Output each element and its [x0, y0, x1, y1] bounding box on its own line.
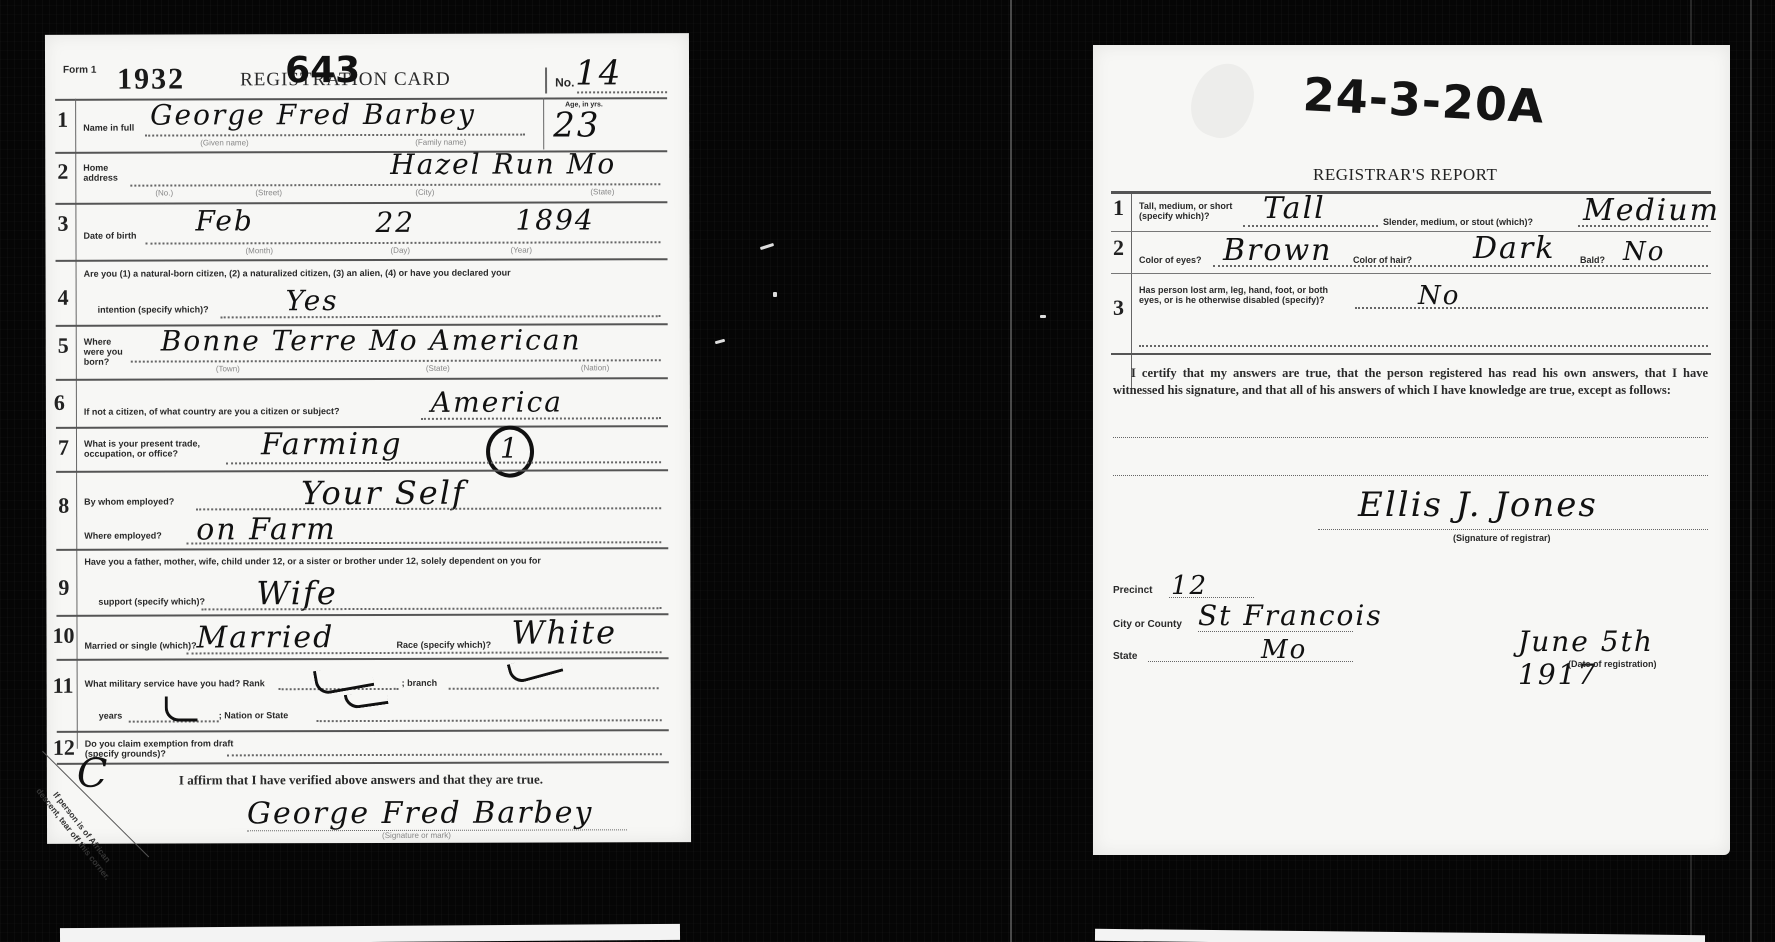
dotted-line — [226, 461, 661, 464]
hair-color-label: Color of hair? — [1353, 255, 1412, 265]
film-scratch-line — [1010, 0, 1012, 942]
caption: (Nation) — [581, 363, 609, 372]
height-value: Tall — [1263, 191, 1326, 226]
occupation-label: What is your present trade, occupation, … — [84, 438, 224, 458]
birthplace-label: Where were you born? — [84, 337, 124, 367]
report-title: REGISTRAR'S REPORT — [1313, 165, 1497, 185]
printed-serial: 1932 — [117, 62, 185, 96]
card-number: 14 — [575, 53, 622, 93]
watermark-emblem — [1182, 55, 1264, 146]
dotted-line — [221, 315, 661, 318]
field-number: 3 — [57, 211, 68, 237]
caption: (Street) — [255, 188, 282, 197]
state-label: State — [1113, 651, 1137, 663]
registrant-signature: George Fred Barbey — [247, 795, 594, 831]
citizenship-label: intention (specify which)? — [98, 304, 209, 314]
years-label: years — [99, 711, 123, 721]
rule — [56, 377, 668, 381]
city-county-value: St Francois — [1198, 599, 1383, 632]
name-label: Name in full — [83, 123, 134, 133]
citizenship-value: Yes — [286, 284, 339, 317]
field-number: 3 — [1113, 295, 1124, 321]
name-value: George Fred Barbey — [150, 98, 476, 132]
divider — [543, 98, 544, 150]
no-label: No. — [555, 75, 574, 89]
field-number: 5 — [58, 333, 69, 359]
bald-label: Bald? — [1580, 255, 1605, 265]
registrars-report-card: 24-3-20A REGISTRAR'S REPORT 1 Tall, medi… — [1093, 45, 1730, 855]
build-label: Slender, medium, or stout (which)? — [1383, 217, 1533, 227]
bald-value: No — [1623, 237, 1665, 267]
dotted-line — [1113, 475, 1708, 476]
signature-caption: (Signature or mark) — [382, 831, 451, 840]
country-label: If not a citizen, of what country are yo… — [84, 406, 340, 417]
dotted-line — [130, 183, 660, 186]
dob-day: 22 — [375, 206, 415, 239]
field-number: 12 — [53, 735, 75, 761]
dotted-line — [449, 687, 659, 690]
field-number: 4 — [58, 285, 69, 311]
dotted-line — [421, 417, 661, 420]
dotted-line — [1139, 345, 1708, 347]
field-number: 1 — [1113, 195, 1124, 221]
age-value: 23 — [553, 105, 600, 145]
exemption-label: Do you claim exemption from draft (speci… — [85, 738, 245, 758]
certification-text: I certify that my answers are true, that… — [1113, 365, 1708, 399]
blank-check-mark — [165, 696, 198, 721]
eye-color-label: Color of eyes? — [1139, 255, 1202, 265]
film-scratch-line — [1750, 0, 1752, 942]
city-county-label: City or County — [1113, 619, 1182, 631]
handwritten-serial: 643 — [285, 50, 360, 91]
dependents-value: Wife — [256, 574, 337, 612]
country-value: America — [431, 385, 563, 418]
race-value: White — [511, 613, 617, 651]
marital-label: Married or single (which)? — [85, 640, 197, 650]
height-label: Tall, medium, or short (specify which)? — [1139, 201, 1249, 221]
employer-value: Your Self — [301, 474, 466, 512]
dotted-line — [187, 651, 662, 654]
branch-label: ; branch — [402, 678, 438, 688]
disability-label: Has person lost arm, leg, hand, foot, or… — [1139, 285, 1349, 305]
dotted-line — [227, 753, 662, 756]
dependents-label: support (specify which)? — [98, 596, 205, 606]
dotted-line — [1198, 631, 1353, 632]
dob-year: 1894 — [515, 203, 594, 236]
rule — [56, 258, 668, 262]
dotted-line — [186, 541, 661, 544]
dotted-line — [145, 241, 660, 244]
marital-value: Married — [196, 620, 334, 655]
build-value: Medium — [1583, 193, 1720, 228]
field-number: 10 — [52, 623, 74, 649]
field-number: 7 — [58, 435, 69, 461]
caption: (City) — [415, 188, 434, 197]
rule — [1111, 273, 1711, 274]
next-card-edge — [60, 924, 680, 942]
stamp-number: 24-3-20A — [1302, 67, 1546, 134]
number-column-divider — [75, 99, 78, 749]
dotted-line — [1355, 307, 1708, 309]
nation-label: ; Nation or State — [219, 710, 289, 720]
rule — [57, 657, 669, 661]
field-number: 2 — [1113, 235, 1124, 261]
rule — [56, 547, 668, 551]
address-value: Hazel Run Mo — [390, 147, 616, 181]
registrar-signature: Ellis J. Jones — [1358, 485, 1598, 525]
circled-mark-number: 1 — [500, 432, 518, 465]
occupation-value: Farming — [261, 427, 403, 462]
film-speck — [773, 292, 777, 297]
race-label: Race (specify which)? — [397, 640, 492, 650]
form-label: Form 1 — [63, 65, 96, 76]
rule — [56, 469, 668, 473]
dotted-line — [1318, 529, 1708, 530]
dotted-line — [1243, 225, 1378, 227]
field-number: 1 — [57, 107, 68, 133]
number-column-divider — [1131, 194, 1132, 394]
film-speck — [1040, 315, 1046, 318]
caption: (Given name) — [200, 138, 248, 147]
birthplace-value: Bonne Terre Mo American — [161, 323, 582, 357]
dotted-line — [1213, 265, 1708, 267]
rule — [57, 761, 669, 765]
registration-date: June 5th 1917 — [1518, 625, 1730, 691]
caption: (Year) — [510, 246, 532, 255]
dotted-line — [201, 607, 661, 610]
dependents-question: Have you a father, mother, wife, child u… — [84, 555, 664, 567]
work-location-label: Where employed? — [84, 531, 162, 541]
registration-card: Form 1 1932 REGISTRATION CARD 643 No. 14… — [45, 33, 691, 844]
caption: (State) — [426, 364, 450, 373]
employer-label: By whom employed? — [84, 497, 174, 507]
dotted-line — [1169, 597, 1254, 598]
rule — [57, 729, 669, 733]
dotted-line — [1578, 225, 1708, 227]
dotted-line — [131, 359, 661, 362]
blank-check-mark — [507, 651, 564, 685]
field-number: 11 — [53, 673, 74, 699]
caption: (Month) — [245, 246, 273, 255]
date-caption: (Date of registration) — [1568, 659, 1657, 669]
dotted-line — [145, 134, 525, 137]
dotted-line — [317, 719, 662, 722]
divider — [545, 68, 547, 94]
dob-label: Date of birth — [83, 231, 136, 241]
field-number: 6 — [54, 390, 65, 416]
precinct-label: Precinct — [1113, 585, 1152, 597]
caption: (Family name) — [415, 138, 466, 147]
dotted-line — [1113, 437, 1708, 438]
caption: (Day) — [390, 246, 410, 255]
affirmation-text: I affirm that I have verified above answ… — [179, 772, 543, 789]
blank-check-mark — [313, 661, 374, 696]
military-label: What military service have you had? Rank — [85, 678, 265, 688]
citizenship-question: Are you (1) a natural-born citizen, (2) … — [84, 267, 664, 279]
corner-mark: C — [77, 751, 108, 797]
eye-color-value: Brown — [1223, 233, 1332, 268]
field-number: 2 — [57, 159, 68, 185]
caption: (Town) — [216, 364, 240, 373]
field-number: 9 — [58, 575, 69, 601]
address-label: Home address — [83, 163, 123, 183]
registrar-caption: (Signature of registrar) — [1453, 533, 1551, 543]
dob-month: Feb — [195, 204, 253, 237]
dotted-line — [1148, 661, 1353, 662]
caption: (No.) — [155, 189, 173, 198]
field-number: 8 — [58, 493, 69, 519]
caption: (State) — [590, 187, 614, 196]
hair-color-value: Dark — [1473, 231, 1555, 266]
dotted-line — [577, 91, 667, 93]
rule — [1111, 231, 1711, 232]
blank-check-mark — [344, 689, 389, 710]
rule — [1111, 353, 1711, 355]
